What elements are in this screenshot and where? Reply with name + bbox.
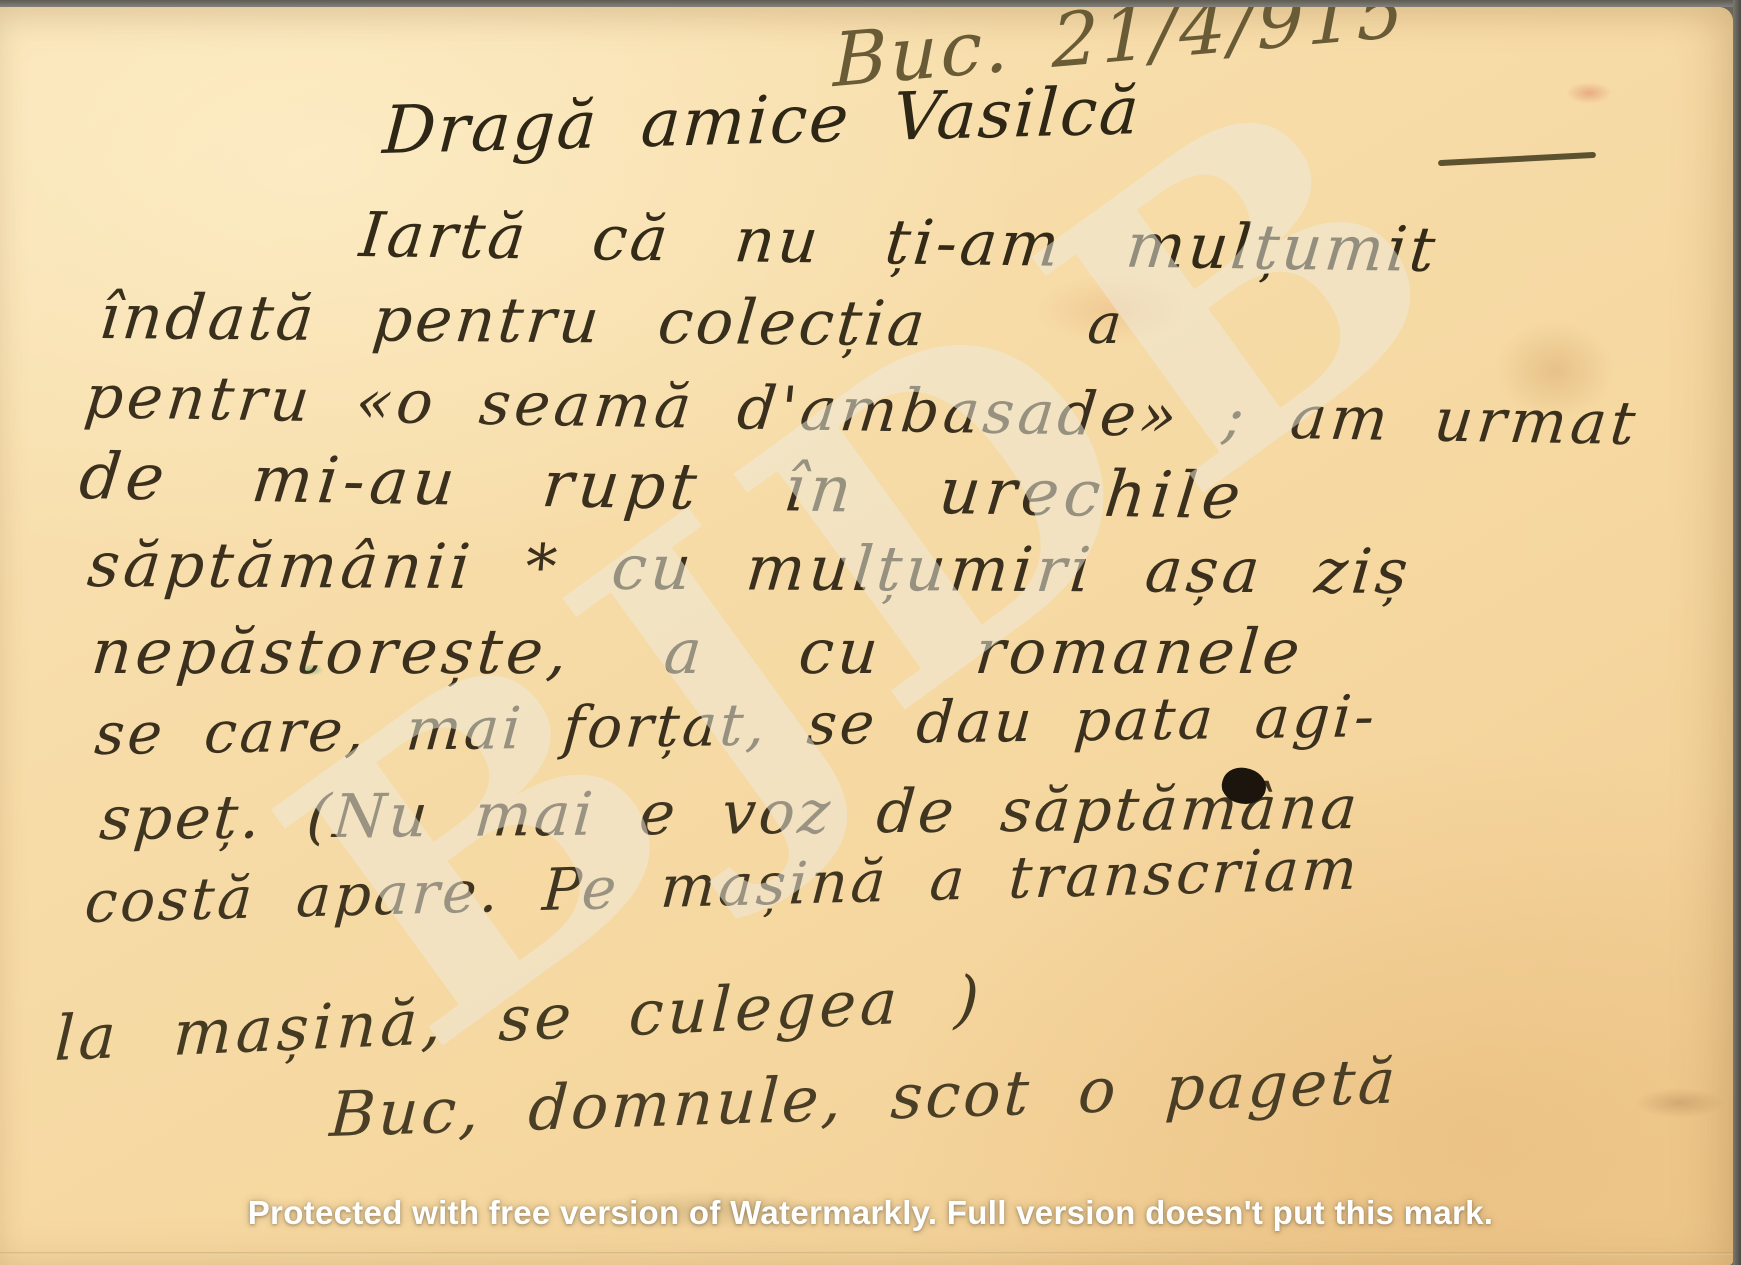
body-line-5: săptămânii * cu mulțumiri așa ziș	[85, 528, 1415, 608]
body-line-1: Iartă că nu ți-am mulțumit	[356, 198, 1441, 286]
body-line-2b-floating-a: a	[1085, 292, 1124, 357]
scanned-letter-page: Buc. 21/4/915 Dragă amice Vasilcă Iartă …	[0, 0, 1741, 1265]
scan-edge-right	[1733, 0, 1741, 1265]
body-line-6: nepăstorește, a cu romanele	[89, 615, 1307, 688]
paper-crease	[0, 1252, 1741, 1255]
watermarkly-notice: Protected with free version of Watermark…	[0, 1194, 1741, 1232]
scan-edge-top	[0, 0, 1741, 7]
body-line-2: îndată pentru colecția	[96, 280, 931, 360]
